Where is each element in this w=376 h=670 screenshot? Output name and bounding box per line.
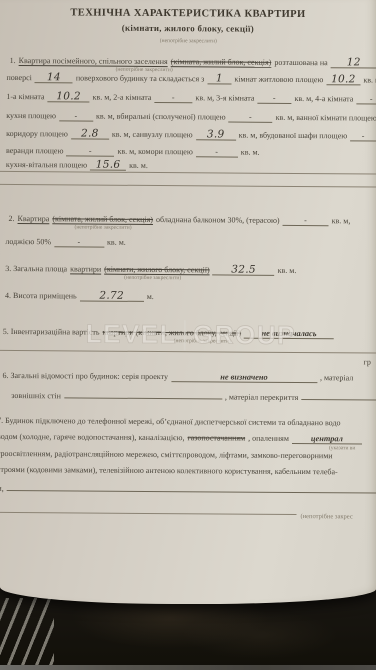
item1-line3: 1-а кімната 10.2 кв. м, 2-а кімната - кв… xyxy=(6,92,376,105)
item7-line3: троосвітленням, радіотрансляційною мереж… xyxy=(0,449,333,460)
room1-value: 10.2 xyxy=(56,92,81,101)
label-bathroom: кв. м, ванної кімнати площею xyxy=(276,113,376,123)
gas-supply-struck: газопостачанням xyxy=(187,433,245,442)
item4-line: 4. Висота приміщень 2.72 м. xyxy=(5,291,154,302)
label-sanunit: кв. м, санвузлу площею xyxy=(112,130,193,140)
heating-value: централ xyxy=(311,434,343,443)
item3-label: 3. Загальна площа xyxy=(5,264,67,273)
cross-out-note: (непотрібне закреслити) xyxy=(116,67,173,73)
label-room1: 1-а кімната xyxy=(6,92,44,101)
label-room2: кв. м, 2-а кімната xyxy=(93,93,152,102)
living-area-value: 10.2 xyxy=(331,75,356,84)
loggia-value: - xyxy=(78,237,81,246)
ruled-line xyxy=(0,184,376,188)
currency-text: гр xyxy=(364,357,371,366)
corridor-value: 2.8 xyxy=(81,129,99,138)
item7-text5: м, xyxy=(0,484,4,493)
label-room4: кв. м, 4-а кімната xyxy=(294,94,353,103)
outer-walls-label: зовнішніх стін xyxy=(11,391,61,400)
veranda-value: - xyxy=(89,147,92,156)
item2-number: 2. xyxy=(9,214,15,223)
height-blank: 2.72 xyxy=(80,291,144,301)
item1-line4: кухня площею - кв. м, вбиральні (сполуче… xyxy=(6,111,376,124)
item1-line7: кухня-вітальня площею 15.6 кв. м. xyxy=(6,160,148,171)
item1-underlined: Квартира посімейного, спільного заселенн… xyxy=(19,56,168,66)
project-series-value: не визначено xyxy=(220,372,267,381)
page-subtitle: (кімнати, жилого блоку, секції) xyxy=(0,23,376,35)
lavatory-blank: - xyxy=(229,113,273,123)
document-photo: ТЕХНІЧНА ХАРАКТЕРИСТИКА КВАРТИРИ (кімнат… xyxy=(0,0,376,670)
blank-line xyxy=(0,350,376,354)
item1-tail: розташована на xyxy=(274,58,327,67)
material-label: , матеріал xyxy=(320,373,353,382)
closet-value: - xyxy=(362,131,365,140)
unit-sqm: кв. м, xyxy=(332,216,351,225)
kitchen-blank: - xyxy=(59,111,93,121)
watermark-divider xyxy=(184,320,186,350)
label-kitchen: кухня площею xyxy=(6,111,56,120)
label-lavatory: кв. м, вбиральні (сполученої) площею xyxy=(96,112,226,122)
cross-out-note-bottom: (непотрібне закрес xyxy=(300,513,352,520)
floors-total-value: 14 xyxy=(47,73,61,82)
floor-blank: 12 xyxy=(331,58,376,68)
label-living-area: кімнат житловою площею xyxy=(234,75,323,85)
ruled-line xyxy=(0,171,376,175)
item1-line6: веранди площею - кв. м, комори площею - … xyxy=(6,146,260,158)
label-building: поверхового будинку та складається з xyxy=(76,73,205,83)
height-value: 2.72 xyxy=(99,292,124,301)
item1-number: 1. xyxy=(10,56,16,65)
pantry-blank: - xyxy=(196,147,238,157)
unit-sqm: кв. м. xyxy=(241,148,260,157)
label-kitchen-living: кухня-вітальня площею xyxy=(6,160,87,170)
label-veranda: веранди площею xyxy=(6,146,63,155)
corridor-blank: 2.8 xyxy=(71,129,109,139)
unit-sqm: кв. м. xyxy=(129,161,148,170)
watermark-left: LEVEL xyxy=(86,319,178,351)
floor-value: 12 xyxy=(347,58,361,67)
room3-value: - xyxy=(273,94,276,103)
room2-value: - xyxy=(172,93,175,102)
cable-tv-blank xyxy=(7,481,376,494)
floors-material-blank xyxy=(301,390,376,401)
unit-m: м. xyxy=(147,292,154,301)
item2-line2: лоджією 50% - кв. м. xyxy=(5,237,125,248)
total-area-blank: 32.5 xyxy=(213,265,275,275)
lavatory-value: - xyxy=(249,113,252,122)
cross-out-note: (непотрібне закреслити) xyxy=(74,224,131,230)
kitchen-value: - xyxy=(74,111,77,120)
kitchen-living-value: 15.6 xyxy=(96,161,121,170)
watermark-right: GROUP xyxy=(193,319,296,351)
rooms-count-value: 1 xyxy=(216,74,223,83)
item2-line1: 2. Квартира (кімната, жилий блок, секція… xyxy=(9,214,351,226)
item1-line2: поверсі 14 поверхового будинку та склада… xyxy=(7,73,376,86)
project-series-label: 6. Загальні відомості про будинок: серія… xyxy=(2,371,168,381)
form-title: ТЕХНІЧНА ХАРАКТЕРИСТИКА КВАРТИРИ xyxy=(70,8,305,19)
heating-blank: централ xyxy=(292,434,362,444)
floors-material-label: , матеріал перекриття xyxy=(225,392,298,402)
item7-text2a: водом (холодне, гаряче водопостачання), … xyxy=(0,432,185,442)
unit-sqm: кв. м. xyxy=(107,238,126,247)
terrace-blank: - xyxy=(283,216,329,226)
cross-out-note: (непотрібне закреслити) xyxy=(160,38,217,44)
unit-sqm: кв. м. xyxy=(278,266,297,275)
loggia-blank: - xyxy=(54,237,104,247)
item7-text1: 7. Будинок підключено до телефонної мере… xyxy=(0,416,341,427)
label-including: кв. м, у тому ч xyxy=(363,75,376,84)
project-series-blank: не визначено xyxy=(171,372,317,383)
item7-text4: строями (кодовими замками), телевізійною… xyxy=(0,465,338,476)
heating-label: , опаленням xyxy=(248,434,289,443)
item1-line5: коридору площею 2.8 кв. м, санвузлу площ… xyxy=(6,129,376,142)
signature-line xyxy=(0,512,297,515)
item6-line1: 6. Загальні відомості про будинок: серія… xyxy=(2,371,353,383)
item7-line4: строями (кодовими замками), телевізійною… xyxy=(0,465,338,476)
item6-line2: зовнішніх стін , матеріал перекриття xyxy=(11,388,376,403)
kitchen-living-blank: 15.6 xyxy=(90,161,126,171)
total-area-value: 32.5 xyxy=(231,266,256,275)
pantry-value: - xyxy=(215,147,218,156)
room2-blank: - xyxy=(154,93,192,103)
room3-blank: - xyxy=(257,94,291,104)
item1-struck: (кімната, жилий блок, секція) xyxy=(171,57,272,67)
living-area-blank: 10.2 xyxy=(326,75,360,85)
label-floor: поверсі xyxy=(7,73,32,82)
room4-blank: - xyxy=(356,94,376,104)
label-builtin-closet: кв. м, вбудованої шафи площею xyxy=(239,131,348,141)
sanunit-blank: 3.9 xyxy=(196,130,236,140)
item2-struck: (кімната, жилий блок, секція) xyxy=(52,214,153,224)
form-subtitle: (кімнати, жилого блоку, секції) xyxy=(122,24,254,34)
form-page: ТЕХНІЧНА ХАРАКТЕРИСТИКА КВАРТИРИ (кімнат… xyxy=(0,0,376,604)
item2-underlined: Квартира xyxy=(18,214,50,223)
item3-underlined: квартири xyxy=(70,264,101,273)
room1-blank: 10.2 xyxy=(48,92,90,102)
item7-line2: водом (холодне, гаряче водопостачання), … xyxy=(0,432,362,445)
closet-blank: - xyxy=(350,131,376,141)
page-title: ТЕХНІЧНА ХАРАКТЕРИСТИКА КВАРТИРИ xyxy=(0,8,376,20)
item2-balcony-label: обладнана балконом 30%, (терасою) xyxy=(156,215,280,225)
level-group-watermark: LEVEL GROUP xyxy=(86,319,296,351)
item7-text3: троосвітленням, радіотрансляційною мереж… xyxy=(0,449,333,460)
currency-label: гр xyxy=(364,357,371,366)
height-label: 4. Висота приміщень xyxy=(5,291,77,301)
sanunit-value: 3.9 xyxy=(207,130,225,139)
veranda-blank: - xyxy=(66,146,114,156)
item1-line1: 1. Квартира посімейного, спільного засел… xyxy=(10,56,376,69)
room4-value: - xyxy=(370,95,373,104)
terrace-value: - xyxy=(304,216,307,225)
rooms-count-blank: 1 xyxy=(207,74,231,84)
fabric-stripes xyxy=(0,598,54,670)
outer-walls-blank xyxy=(64,388,222,399)
item7-line5: м, xyxy=(0,481,376,496)
label-room3: кв. м, 3-я кімната xyxy=(195,93,254,102)
label-corridor: коридору площею xyxy=(6,129,68,138)
floors-total-blank: 14 xyxy=(35,73,73,83)
cross-out-note: (непотрібне закреслити) xyxy=(124,275,181,281)
label-pantry: кв. м, комори площею xyxy=(117,147,192,157)
page-content: ТЕХНІЧНА ХАРАКТЕРИСТИКА КВАРТИРИ (кімнат… xyxy=(0,0,376,604)
loggia-label: лоджією 50% xyxy=(5,237,51,246)
photo-bottom-edge xyxy=(0,665,376,670)
item7-line1: 7. Будинок підключено до телефонної мере… xyxy=(0,416,341,427)
item3-struck: (кімнати, жилого блоку, секції) xyxy=(104,265,209,275)
